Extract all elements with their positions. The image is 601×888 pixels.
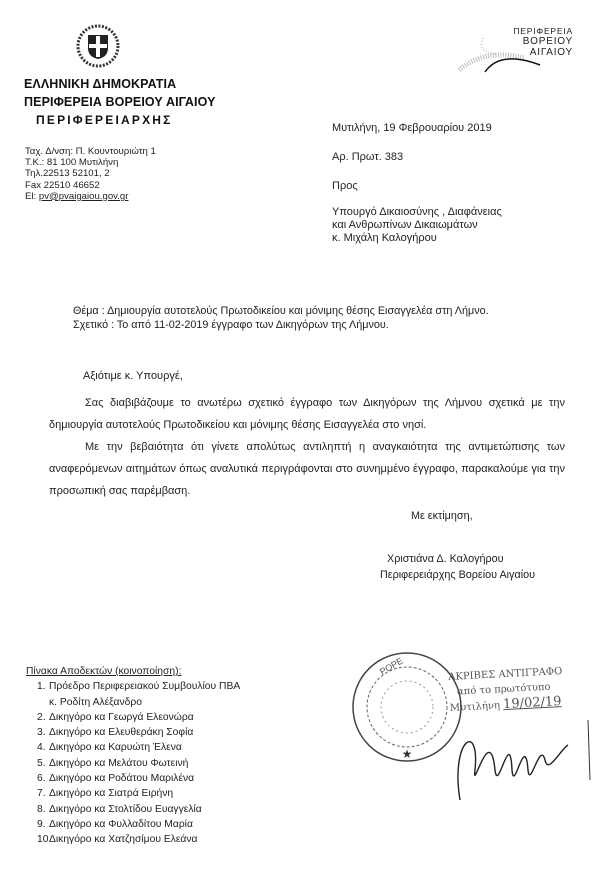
to-label: Προς	[332, 180, 358, 192]
logo-text-line2: ΒΟΡΕΙΟΥ	[523, 37, 573, 47]
header-line-office: ΠΕΡΙΦΕΡΕΙΑΡΧΗΣ	[36, 113, 173, 127]
subject-line: Θέμα : Δημιουργία αυτοτελούς Πρωτοδικείο…	[73, 304, 489, 318]
cc-item-number: 10.	[37, 832, 49, 847]
handwritten-signature-icon	[450, 700, 600, 810]
cc-item-number: 3.	[37, 725, 49, 740]
signatory-name: Χριστιάνα Δ. Καλογήρου	[387, 553, 504, 565]
cc-item-text: Δικηγόρο κα Μελάτου Φωτεινή	[49, 758, 188, 769]
recipient-line1: Υπουργό Δικαιοσύνης , Διαφάνειας	[332, 206, 502, 219]
cc-item-text: Δικηγόρο κα Φυλλαδίτου Μαρία	[49, 819, 193, 830]
recipient-block: Υπουργό Δικαιοσύνης , Διαφάνειας και Ανθ…	[332, 206, 502, 245]
contact-fax: Fax 22510 46652	[25, 180, 156, 191]
cc-item-number: 9.	[37, 817, 49, 832]
contact-address: Ταχ. Δ/νση: Π. Κουντουριώτη 1	[25, 146, 156, 157]
header-line-republic: ΕΛΛΗΝΙΚΗ ΔΗΜΟΚΡΑΤΙΑ	[24, 77, 176, 91]
contact-email-link[interactable]: pv@pvaigaiou.gov.gr	[39, 191, 129, 202]
cc-title: Πίνακα Αποδεκτών (κοινοποίηση):	[26, 664, 240, 679]
recipient-line2: και Ανθρωπίνων Δικαιωμάτων	[332, 219, 502, 232]
region-logo: ΠΕΡΙΦΕΡΕΙΑ ΒΟΡΕΙΟΥ ΑΙΓΑΙΟΥ	[455, 22, 595, 72]
letter-date: Μυτιλήνη, 19 Φεβρουαρίου 2019	[332, 122, 492, 134]
greek-coat-of-arms-icon	[76, 24, 120, 68]
cc-item-number: 7.	[37, 786, 49, 801]
cc-item-number: 2.	[37, 710, 49, 725]
cc-item-number: 5.	[37, 756, 49, 771]
logo-text-line3: ΑΙΓΑΙΟΥ	[530, 48, 573, 58]
body-paragraph-1: Σας διαβιβάζουμε το ανωτέρω σχετικό έγγρ…	[49, 392, 565, 436]
cc-list-item: 7.Δικηγόρο κα Σιατρά Ειρήνη	[26, 786, 240, 801]
cc-item-text: Δικηγόρο κα Ροδάτου Μαριλένα	[49, 773, 194, 784]
cc-item-text: Δικηγόρο κα Σιατρά Ειρήνη	[49, 788, 173, 799]
cc-list-item: 2.Δικηγόρο κα Γεωργά Ελεονώρα	[26, 710, 240, 725]
cc-item-text: Πρόεδρο Περιφερειακού Συμβουλίου ΠΒΑ	[49, 681, 240, 692]
cc-item-text: Δικηγόρο κα Γεωργά Ελεονώρα	[49, 712, 194, 723]
contact-postal: Τ.Κ.: 81 100 Μυτιλήνη	[25, 157, 156, 168]
contact-phone: Τηλ.22513 52101, 2	[25, 168, 156, 179]
cc-item-number: 8.	[37, 802, 49, 817]
cc-list-item: 6.Δικηγόρο κα Ροδάτου Μαριλένα	[26, 771, 240, 786]
contact-email-label: El:	[25, 191, 39, 202]
cc-list-item: 3.Δικηγόρο κα Ελευθεράκη Σοφία	[26, 725, 240, 740]
protocol-number: Αρ. Πρωτ. 383	[332, 151, 403, 163]
cc-item-text: Δικηγόρο κα Στολτίδου Ευαγγελία	[49, 804, 202, 815]
signatory-title: Περιφερειάρχης Βορείου Αιγαίου	[380, 569, 535, 581]
cc-list: 1.Πρόεδρο Περιφερειακού Συμβουλίου ΠΒΑκ.…	[26, 679, 240, 847]
contact-block: Ταχ. Δ/νση: Π. Κουντουριώτη 1 Τ.Κ.: 81 1…	[25, 146, 156, 202]
logo-text-line1: ΠΕΡΙΦΕΡΕΙΑ	[513, 26, 573, 36]
cc-list-item: 9.Δικηγόρο κα Φυλλαδίτου Μαρία	[26, 817, 240, 832]
cc-list-item: 4.Δικηγόρο κα Καρυώτη Έλενα	[26, 740, 240, 755]
cc-item-continuation: κ. Ροδίτη Αλέξανδρο	[37, 695, 240, 710]
cc-list-item: 1.Πρόεδρο Περιφερειακού Συμβουλίου ΠΒΑκ.…	[26, 679, 240, 710]
reference-line: Σχετικό : Το από 11-02-2019 έγγραφο των …	[73, 318, 489, 332]
cc-item-text: Δικηγόρο κα Ελευθεράκη Σοφία	[49, 727, 193, 738]
svg-text:★: ★	[402, 747, 413, 761]
cc-item-text: Δικηγόρο κα Χατζησίμου Ελεάνα	[49, 834, 197, 845]
cc-item-number: 1.	[37, 679, 49, 694]
recipient-line3: κ. Μιχάλη Καλογήρου	[332, 232, 502, 245]
letter-body: Σας διαβιβάζουμε το ανωτέρω σχετικό έγγρ…	[49, 392, 565, 502]
cc-item-text: Δικηγόρο κα Καρυώτη Έλενα	[49, 742, 182, 753]
cc-recipients: Πίνακα Αποδεκτών (κοινοποίηση): 1.Πρόεδρ…	[26, 664, 240, 848]
cc-list-item: 10.Δικηγόρο κα Χατζησίμου Ελεάνα	[26, 832, 240, 847]
body-paragraph-2: Με την βεβαιότητα ότι γίνετε απολύτως αν…	[49, 436, 565, 502]
cc-item-number: 6.	[37, 771, 49, 786]
cc-list-item: 5.Δικηγόρο κα Μελάτου Φωτεινή	[26, 756, 240, 771]
header-line-region: ΠΕΡΙΦΕΡΕΙΑ ΒΟΡΕΙΟΥ ΑΙΓΑΙΟΥ	[24, 95, 216, 109]
subject-block: Θέμα : Δημιουργία αυτοτελούς Πρωτοδικείο…	[73, 304, 489, 332]
salutation: Αξιότιμε κ. Υπουργέ,	[83, 370, 183, 382]
closing: Με εκτίμηση,	[411, 510, 473, 522]
cc-list-item: 8.Δικηγόρο κα Στολτίδου Ευαγγελία	[26, 802, 240, 817]
cc-item-number: 4.	[37, 740, 49, 755]
